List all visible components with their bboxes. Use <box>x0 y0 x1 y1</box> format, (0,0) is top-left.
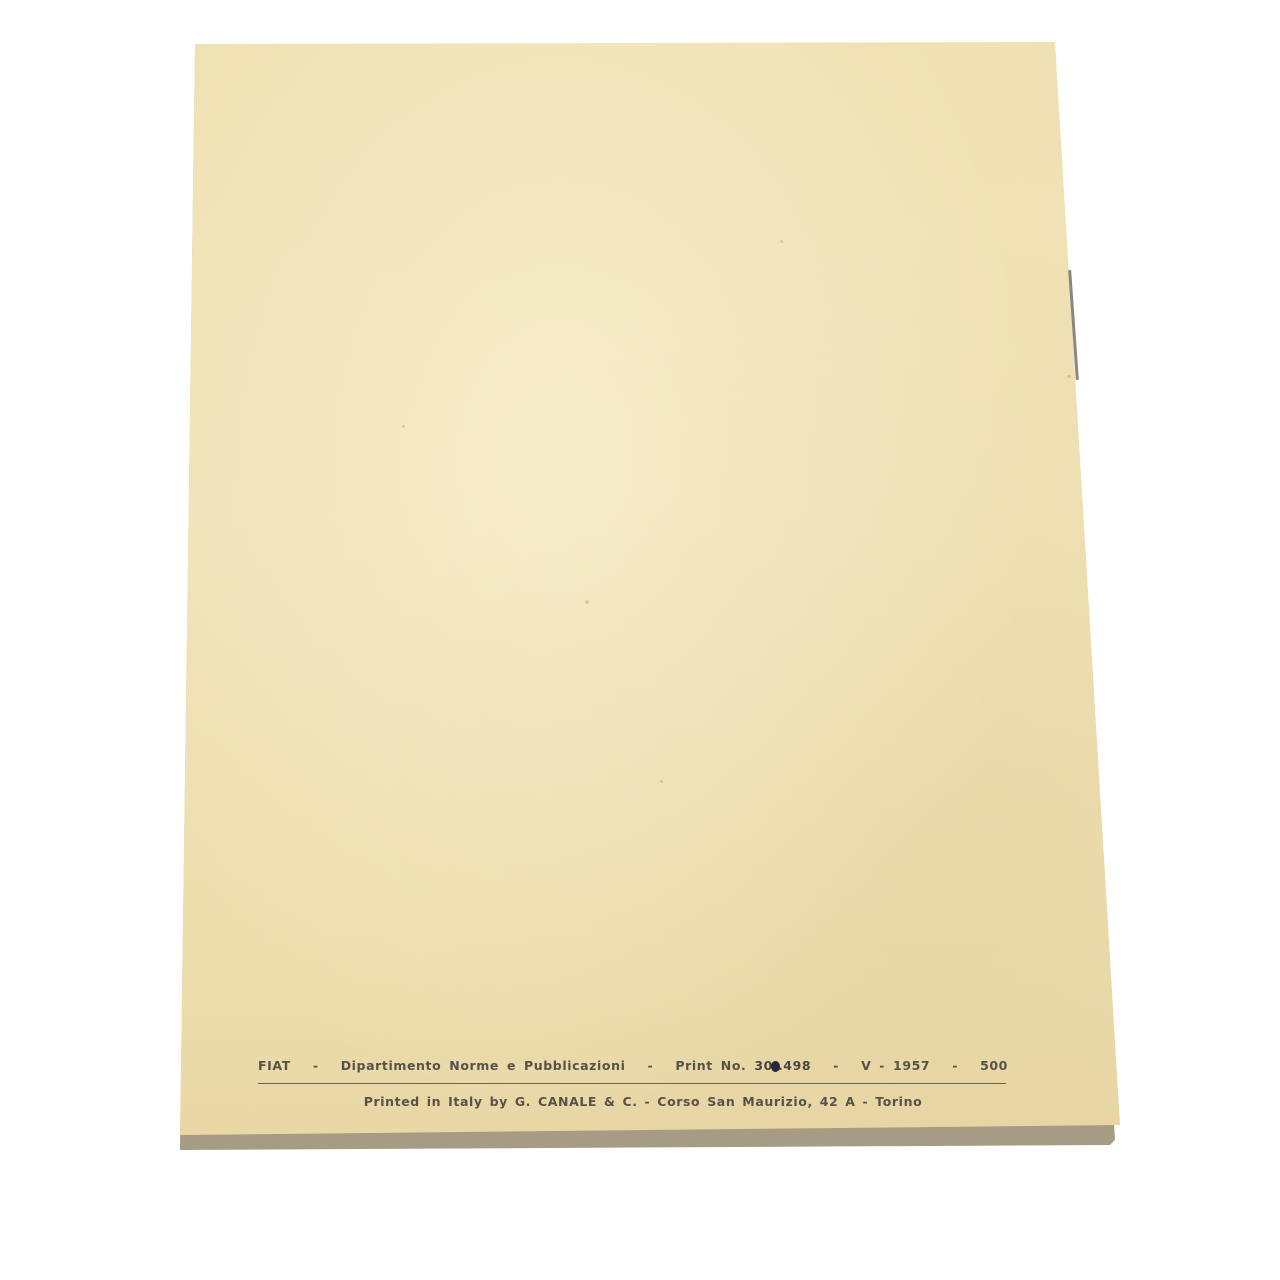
department: Dipartimento Norme e Pubblicazioni <box>341 1058 626 1073</box>
imprint-line-publisher: FIAT - Dipartimento Norme e Pubblicazion… <box>258 1058 1008 1073</box>
edition: V - 1957 <box>861 1058 930 1073</box>
booklet: FIAT - Dipartimento Norme e Pubblicazion… <box>0 0 1280 1280</box>
print-no-value: 30.498 <box>754 1058 811 1073</box>
paper-speck <box>1067 375 1071 378</box>
publisher: FIAT <box>258 1058 291 1073</box>
paper-speck <box>660 780 663 783</box>
print-no-label: Print No. <box>675 1058 746 1073</box>
print-run: 500 <box>980 1058 1008 1073</box>
paper-speck <box>585 600 589 604</box>
paper-speck <box>780 240 783 243</box>
separator: - <box>833 1058 839 1073</box>
imprint-block: FIAT - Dipartimento Norme e Pubblicazion… <box>258 1058 1008 1109</box>
separator: - <box>648 1058 654 1073</box>
printer-line: Printed in Italy by G. CANALE & C. - Cor… <box>258 1094 1008 1109</box>
print-no-suffix: .498 <box>778 1058 811 1073</box>
divider-rule <box>258 1083 1006 1084</box>
separator: - <box>313 1058 319 1073</box>
paper-speck <box>402 425 405 428</box>
print-number: Print No. 30.498 <box>675 1058 811 1073</box>
separator: - <box>952 1058 958 1073</box>
